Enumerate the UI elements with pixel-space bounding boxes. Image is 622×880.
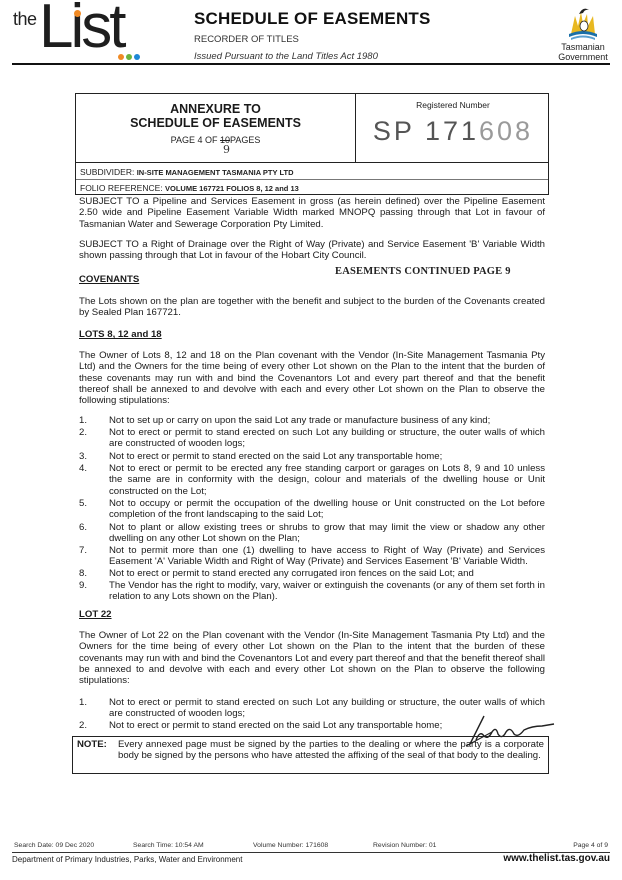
registered-number-cell: Registered Number SP 171608 [357, 94, 549, 162]
page-prefix: PAGE 4 OF [171, 135, 220, 145]
page-count: PAGE 4 OF 10PAGES 9 [76, 135, 355, 145]
stipulation-number: 1. [79, 415, 87, 426]
easements-continued-stamp: EASEMENTS CONTINUED PAGE 9 [335, 266, 511, 277]
thelist-logo: the List [13, 4, 153, 60]
act-reference: Issued Pursuant to the Land Titles Act 1… [194, 51, 378, 62]
volume-number: Volume Number: 171608 [253, 842, 328, 849]
document-header: the List SCHEDULE OF EASEMENTS RECORDER … [0, 0, 622, 66]
stipulation-number: 6. [79, 522, 87, 533]
stipulation-number: 3. [79, 451, 87, 462]
logo-list-text: List [39, 0, 123, 58]
search-time: Search Time: 10:54 AM [133, 842, 204, 849]
website-link[interactable]: www.thelist.tas.gov.au [503, 853, 610, 864]
pipeline-easement-paragraph: SUBJECT TO a Pipeline and Services Easem… [79, 196, 545, 230]
search-date: Search Date: 09 Dec 2020 [14, 842, 94, 849]
note-text: Every annexed page must be signed by the… [118, 739, 544, 762]
stipulation-number: 2. [79, 720, 87, 731]
document-title: SCHEDULE OF EASEMENTS [194, 9, 431, 29]
folio-label: FOLIO REFERENCE: [80, 183, 165, 193]
logo-orange-dot-icon [74, 10, 81, 17]
covenants-intro-paragraph: The Lots shown on the plan are together … [79, 296, 545, 319]
stipulation-number: 5. [79, 498, 87, 509]
logo-dots-icon [118, 54, 140, 60]
page-suffix: PAGES [230, 135, 260, 145]
subdivider-value: IN-SITE MANAGEMENT TASMANIA PTY LTD [137, 168, 294, 177]
tasmanian-government-logo: Tasmanian Government [548, 4, 618, 64]
stipulation-text: Not to erect or permit to be erected any… [109, 463, 545, 497]
thylacine-emblem-icon [565, 4, 601, 42]
covenants-heading: COVENANTS [79, 274, 139, 285]
page-number: Page 4 of 9 [573, 842, 608, 849]
stipulation-number: 2. [79, 427, 87, 438]
header-divider [12, 63, 610, 65]
folio-reference-row: FOLIO REFERENCE: VOLUME 167721 FOLIOS 8,… [76, 179, 548, 195]
annexure-title-line1: ANNEXURE TO [76, 102, 355, 116]
search-metadata-row: Search Date: 09 Dec 2020 Search Time: 10… [12, 841, 610, 853]
registered-number-label: Registered Number [357, 100, 549, 110]
lots-8-12-18-paragraph: The Owner of Lots 8, 12 and 18 on the Pl… [79, 350, 545, 406]
annexure-box: ANNEXURE TO SCHEDULE OF EASEMENTS PAGE 4… [75, 93, 549, 195]
note-box: NOTE: Every annexed page must be signed … [72, 736, 549, 774]
stipulation-number: 9. [79, 580, 87, 591]
note-label: NOTE: [77, 739, 107, 750]
gov-line1: Tasmanian [548, 42, 618, 52]
page-handwritten-correction: 9 [223, 143, 230, 156]
annexure-title-line2: SCHEDULE OF EASEMENTS [76, 116, 355, 130]
lot-22-paragraph: The Owner of Lot 22 on the Plan covenant… [79, 630, 545, 686]
stipulation-text: Not to set up or carry on upon the said … [109, 415, 545, 426]
stipulation-text: Not to erect or permit to stand erected … [109, 427, 545, 450]
stipulation-number: 8. [79, 568, 87, 579]
stipulation-text: Not to erect or permit to stand erected … [109, 451, 545, 462]
department-name: Department of Primary Industries, Parks,… [12, 855, 242, 864]
stipulation-text: The Vendor has the right to modify, vary… [109, 580, 545, 603]
stipulation-text: Not to plant or allow existing trees or … [109, 522, 545, 545]
stipulation-text: Not to erect or permit to stand erected … [109, 568, 545, 579]
lot-22-heading: LOT 22 [79, 609, 112, 620]
revision-number: Revision Number: 01 [373, 842, 436, 849]
registered-number-value: SP 171608 [357, 116, 549, 147]
gov-line2: Government [548, 52, 618, 62]
stipulation-number: 7. [79, 545, 87, 556]
drainage-paragraph: SUBJECT TO a Right of Drainage over the … [79, 239, 545, 262]
recorder-of-titles: RECORDER OF TITLES [194, 34, 299, 45]
lots-8-12-18-heading: LOTS 8, 12 and 18 [79, 329, 162, 340]
stipulation-text: Not to permit more than one (1) dwelling… [109, 545, 545, 568]
logo-the-text: the [13, 9, 37, 30]
folio-value: VOLUME 167721 FOLIOS 8, 12 and 13 [165, 184, 299, 193]
subdivider-label: SUBDIVIDER: [80, 167, 137, 177]
stipulation-text: Not to occupy or permit the occupation o… [109, 498, 545, 521]
stipulation-number: 1. [79, 697, 87, 708]
subdivider-row: SUBDIVIDER: IN-SITE MANAGEMENT TASMANIA … [76, 162, 548, 179]
stipulation-number: 4. [79, 463, 87, 474]
annexure-title-cell: ANNEXURE TO SCHEDULE OF EASEMENTS PAGE 4… [76, 94, 356, 162]
